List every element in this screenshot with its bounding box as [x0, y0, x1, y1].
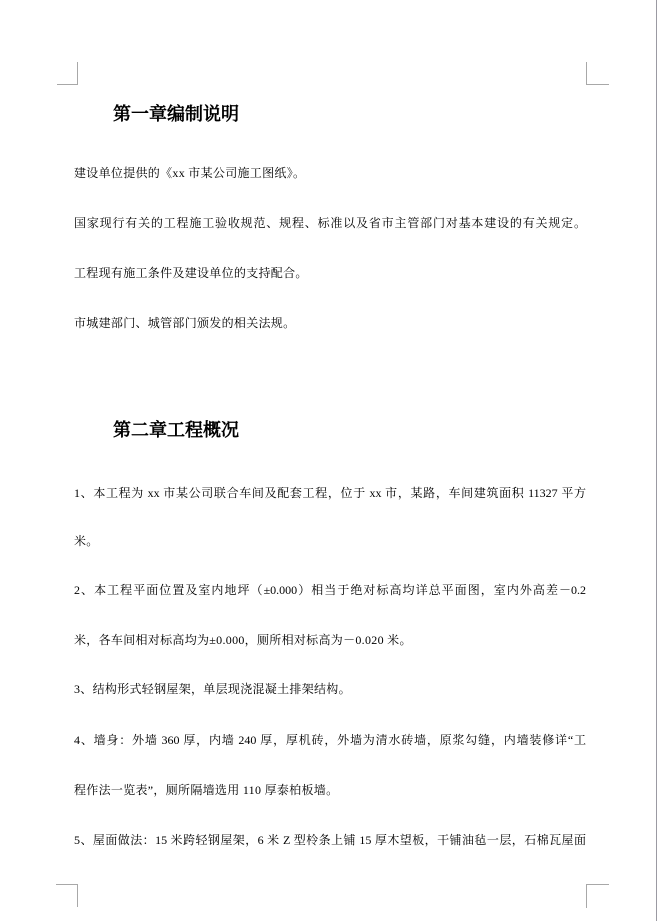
paragraph-line[interactable]: 1、本工程为 xx 市某公司联合车间及配套工程，位于 xx 市，某路，车间建筑面…	[74, 487, 586, 499]
crop-mark-top-left	[57, 62, 78, 85]
paragraph-line[interactable]: 程作法一览表”，厕所隔墙选用 110 厚泰柏板墙。	[74, 784, 338, 796]
paragraph-line[interactable]: 建设单位提供的《xx 市某公司施工图纸》。	[74, 167, 305, 179]
paragraph-line[interactable]: 2、本工程平面位置及室内地坪（±0.000）相当于绝对标高均详总平面图，室内外高…	[74, 584, 586, 596]
crop-mark-bottom-left	[56, 884, 78, 907]
paragraph-line[interactable]: 米。	[74, 535, 99, 547]
paragraph-line[interactable]: 4、墙身：外墙 360 厚，内墙 240 厚，厚机砖，外墙为清水砖墙，原浆勾缝，…	[74, 734, 586, 746]
paragraph-line[interactable]: 市城建部门、城管部门颁发的相关法规。	[74, 317, 295, 329]
paragraph-line[interactable]: 5、屋面做法：15 米跨轻钢屋架，6 米 Z 型柃条上铺 15 厚木望板，干铺油…	[74, 834, 586, 846]
chapter-2-heading[interactable]: 第二章工程概况	[113, 421, 239, 439]
chapter-1-heading[interactable]: 第一章编制说明	[113, 105, 239, 123]
document-page[interactable]: 第一章编制说明 建设单位提供的《xx 市某公司施工图纸》。 国家现行有关的工程施…	[0, 0, 659, 921]
crop-mark-bottom-right	[586, 884, 609, 908]
paragraph-line[interactable]: 米，各车间相对标高均为±0.000，厕所相对标高为－0.020 米。	[74, 634, 412, 646]
page-edge-line	[656, 0, 657, 921]
crop-mark-top-right	[586, 62, 609, 85]
paragraph-line[interactable]: 3、结构形式轻钢屋架，单层现浇混凝土排架结构。	[74, 683, 351, 695]
paragraph-line[interactable]: 国家现行有关的工程施工验收规范、规程、标准以及省市主管部门对基本建设的有关规定。	[74, 217, 586, 229]
paragraph-line[interactable]: 工程现有施工条件及建设单位的支持配合。	[74, 267, 308, 279]
